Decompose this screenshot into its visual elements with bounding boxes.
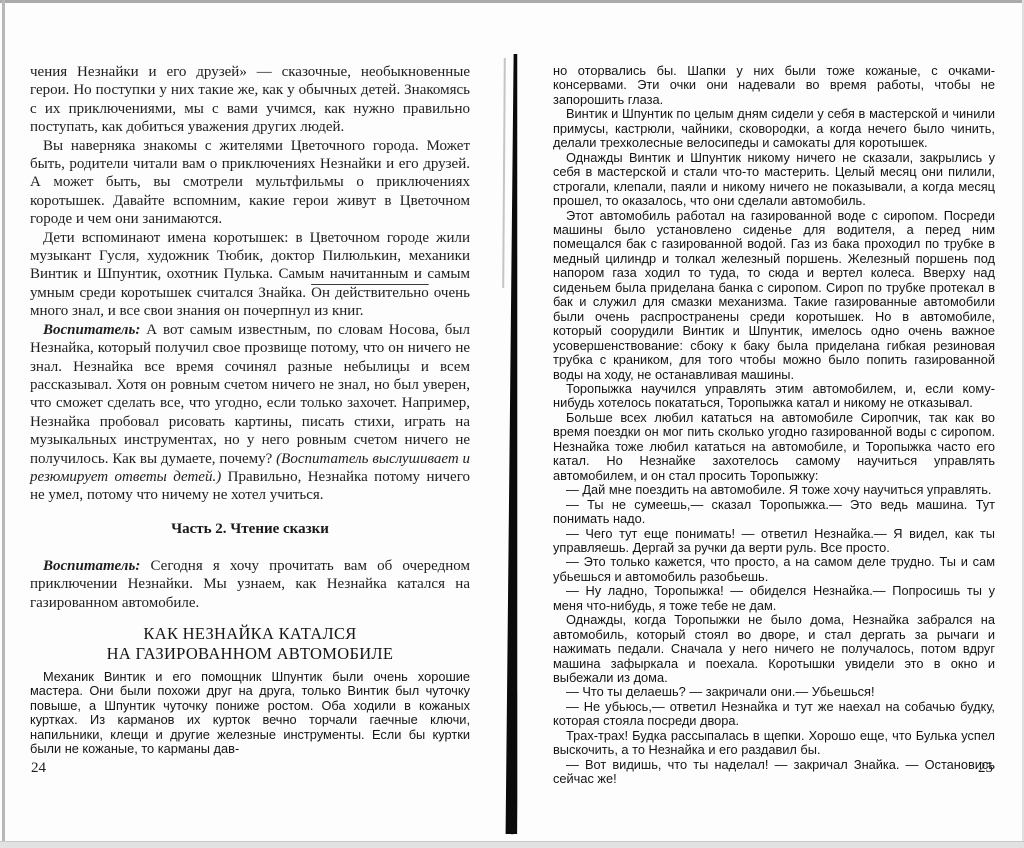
scan-edge-left: [2, 0, 5, 848]
left-page-teacher-intro-block: Воспитатель: Сегодня я хочу прочитать ва…: [30, 557, 470, 612]
scan-edge-bottom: [0, 841, 1024, 848]
dialogue-line: — Не убьюсь,— ответил Незнайка и тут же …: [553, 700, 995, 729]
right-page-text-block: но оторвались бы. Шапки у них были тоже …: [553, 64, 995, 787]
story-paragraph: Винтик и Шпунтик по целым дням сидели у …: [553, 107, 995, 150]
scan-edge-top: [0, 0, 1024, 3]
binding-gutter-shadow: [504, 54, 522, 834]
section-heading: Часть 2. Чтение сказки: [30, 521, 470, 538]
story-title: КАК НЕЗНАЙКА КАТАЛСЯ НА ГАЗИРОВАННОМ АВТ…: [30, 624, 470, 663]
paragraph-continuation: чения Незнайки и его друзей» — сказочные…: [30, 63, 470, 137]
story-paragraph: Однажды, когда Торопыжки не было дома, Н…: [553, 613, 995, 685]
scan-overline-artifact: Он действительно: [311, 285, 429, 301]
speaker-label: Воспитатель:: [43, 322, 140, 338]
left-page-story-block: Механик Винтик и его помощник Шпунтик бы…: [30, 670, 470, 757]
paragraph-teacher-today: Воспитатель: Сегодня я хочу прочитать ва…: [30, 557, 470, 612]
dialogue-line: — Чего тут еще понимать! — ответил Незна…: [553, 527, 995, 556]
story-paragraph: Трах-трах! Будка рассыпалась в щепки. Хо…: [553, 729, 995, 758]
left-page-text-block: чения Незнайки и его друзей» — сказочные…: [30, 63, 470, 505]
story-paragraph: Торопыжка научился управлять этим автомо…: [553, 382, 995, 411]
gutter-hairline-top: [502, 58, 506, 288]
dialogue-line: — Ты не сумеешь,— сказал Торопыжка.— Это…: [553, 498, 995, 527]
story-paragraph: Больше всех любил кататься на автомобиле…: [553, 411, 995, 483]
paragraph-flower-town: Вы наверняка знакомы с жителями Цветочно…: [30, 137, 470, 229]
story-title-line1: КАК НЕЗНАЙКА КАТАЛСЯ: [30, 624, 470, 644]
book-spread-scan: чения Незнайки и его друзей» — сказочные…: [0, 0, 1024, 848]
paragraph-text: А вот самым известным, по словам Носова,…: [30, 322, 470, 467]
story-title-line2: НА ГАЗИРОВАННОМ АВТОМОБИЛЕ: [30, 644, 470, 664]
dialogue-line: — Ну ладно, Торопыжка! — обиделся Незнай…: [553, 584, 995, 613]
paragraph-teacher-neznaika: Воспитатель: А вот самым известным, по с…: [30, 321, 470, 505]
story-paragraph: Механик Винтик и его помощник Шпунтик бы…: [30, 670, 470, 757]
dialogue-line: — Что ты делаешь? — закричали они.— Убье…: [553, 685, 995, 699]
story-paragraph: Этот автомобиль работал на газированной …: [553, 209, 995, 382]
dialogue-line: — Это только кажется, что просто, а на с…: [553, 555, 995, 584]
dialogue-line: — Дай мне поездить на автомобиле. Я тоже…: [553, 483, 995, 497]
story-paragraph: но оторвались бы. Шапки у них были тоже …: [553, 64, 995, 107]
speaker-label: Воспитатель:: [43, 558, 140, 574]
paragraph-children-recall: Дети вспоминают имена коротышек: в Цвето…: [30, 229, 470, 321]
page-number-right: 25: [553, 760, 993, 777]
page-number-left: 24: [31, 760, 46, 777]
story-paragraph: Однажды Винтик и Шпунтик никому ничего н…: [553, 151, 995, 209]
